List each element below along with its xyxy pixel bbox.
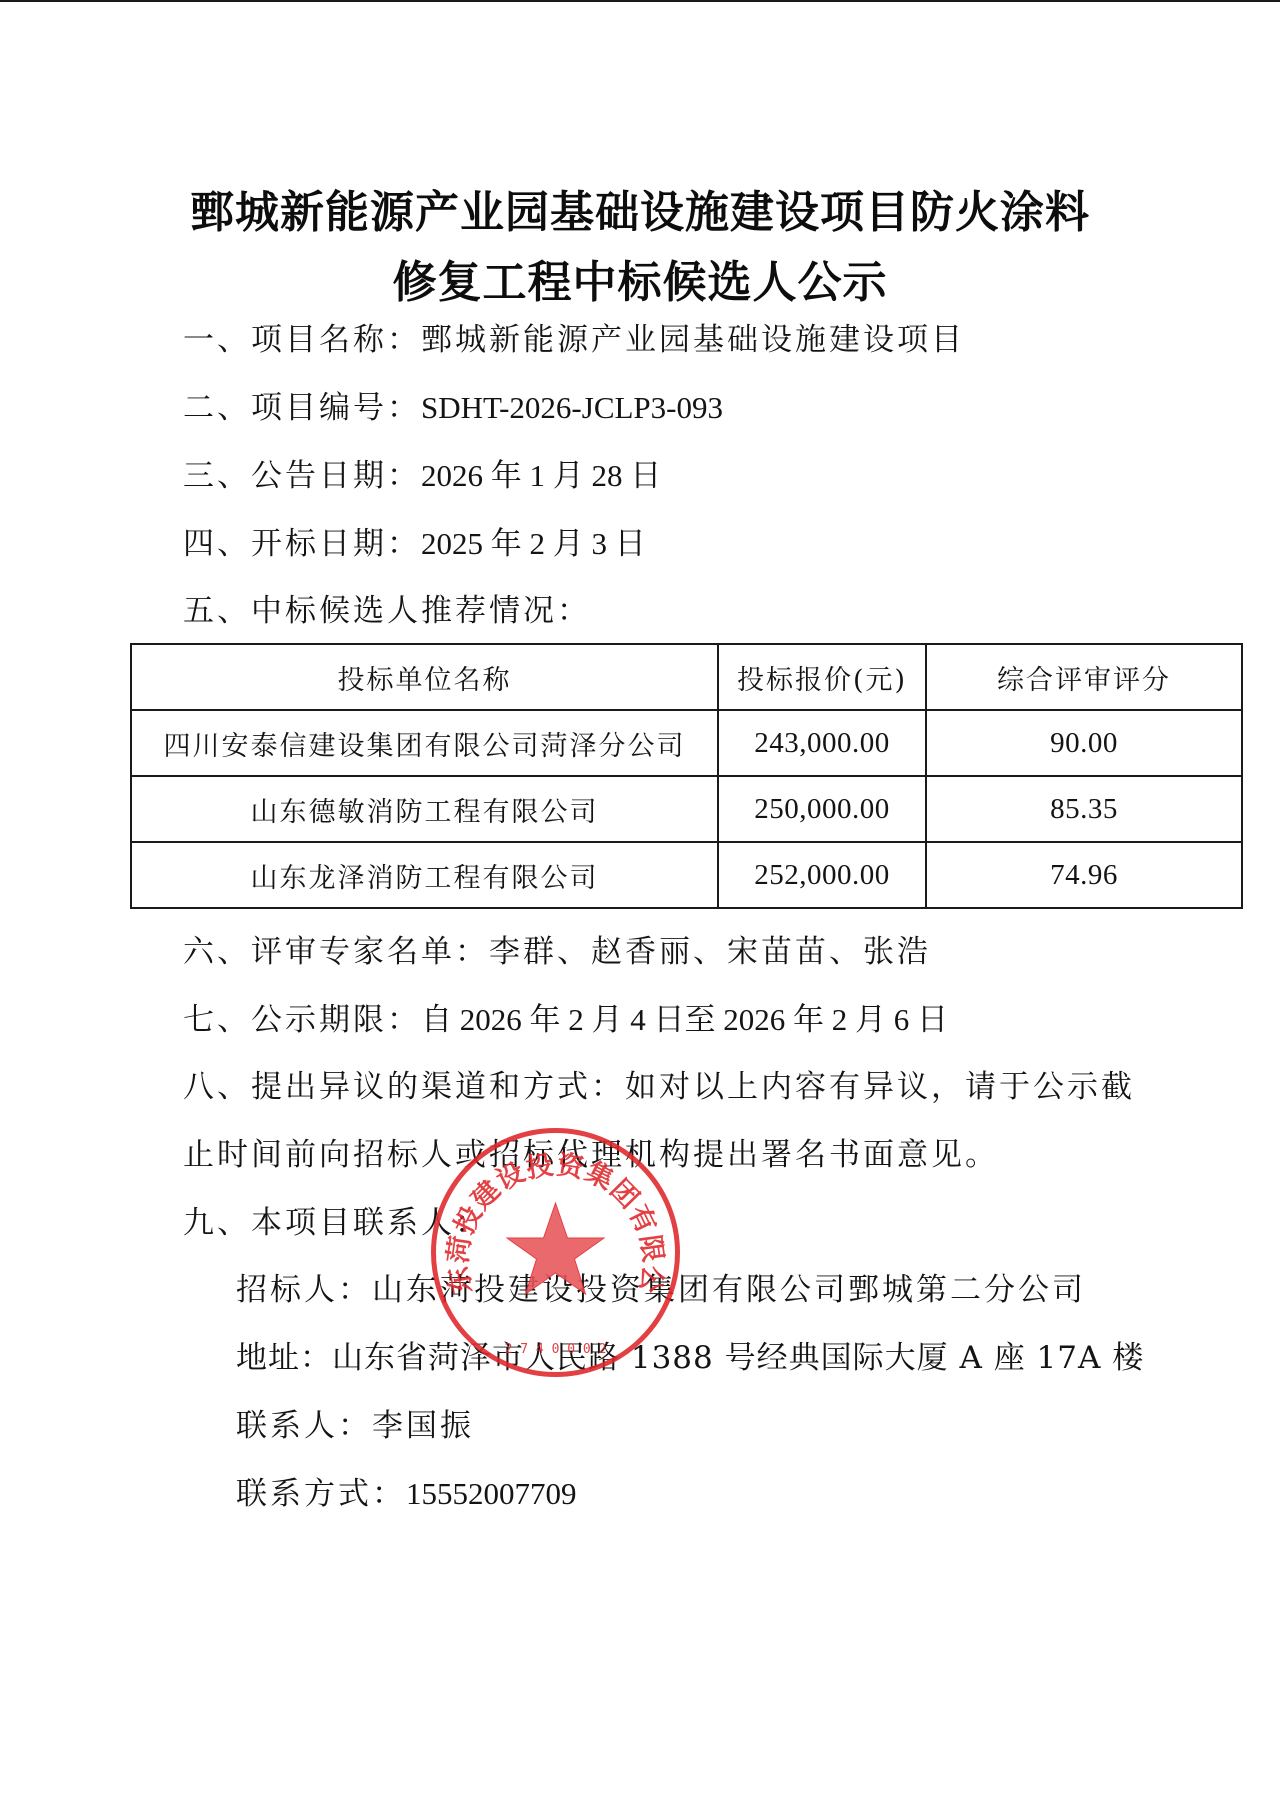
bid-price: 243,000.00 (718, 710, 926, 776)
phone-value: 15552007709 (406, 1476, 577, 1511)
tenderer-label: 招标人： (236, 1272, 372, 1308)
header-bidder-name: 投标单位名称 (131, 644, 718, 710)
open-date-value: 2025 年 2 月 3 日 (421, 526, 646, 561)
document-title-line-2: 修复工程中标候选人公示 (0, 246, 1280, 310)
header-score: 综合评审评分 (926, 644, 1242, 710)
project-code-label: 二、项目编号： (183, 390, 421, 426)
period-label: 七、公示期限： (183, 1002, 421, 1038)
header-bid-price: 投标报价(元) (718, 644, 926, 710)
objection-line-2: 止时间前向招标人或招标代理机构提出署名书面意见。 (183, 1135, 999, 1175)
project-code-value: SDHT-2026-JCLP3-093 (421, 390, 723, 425)
address-line: 地址：山东省菏泽市人民路 1388 号经典国际大厦 A 座 17A 楼 (236, 1338, 1144, 1378)
objection-value-1: 如对以上内容有异议，请于公示截 (625, 1069, 1135, 1105)
table-header-row: 投标单位名称 投标报价(元) 综合评审评分 (131, 644, 1242, 710)
page-top-edge (0, 0, 1280, 2)
tenderer-line: 招标人：山东菏投建设投资集团有限公司鄄城第二分公司 (236, 1270, 1086, 1310)
contact-heading: 九、本项目联系人： (183, 1203, 489, 1243)
candidates-table: 投标单位名称 投标报价(元) 综合评审评分 四川安泰信建设集团有限公司菏泽分公司… (130, 643, 1243, 909)
project-name-value: 鄄城新能源产业园基础设施建设项目 (421, 322, 965, 358)
period-value: 自 2026 年 2 月 4 日至 2026 年 2 月 6 日 (421, 1002, 948, 1037)
experts-value: 李群、赵香丽、宋苗苗、张浩 (489, 934, 931, 970)
project-code-line: 二、项目编号：SDHT-2026-JCLP3-093 (183, 388, 723, 428)
address-label: 地址： (236, 1340, 332, 1376)
announce-date-line: 三、公告日期：2026 年 1 月 28 日 (183, 456, 661, 496)
bidder-name: 山东龙泽消防工程有限公司 (131, 842, 718, 908)
bid-price: 252,000.00 (718, 842, 926, 908)
bidder-name: 山东德敏消防工程有限公司 (131, 776, 718, 842)
candidates-heading: 五、中标候选人推荐情况： (183, 591, 591, 631)
contact-person-value: 李国振 (372, 1408, 474, 1444)
objection-line-1: 八、提出异议的渠道和方式：如对以上内容有异议，请于公示截 (183, 1067, 1135, 1107)
contact-person-line: 联系人：李国振 (236, 1406, 474, 1446)
open-date-label: 四、开标日期： (183, 526, 421, 562)
phone-label: 联系方式： (236, 1476, 406, 1512)
score: 74.96 (926, 842, 1242, 908)
table-row: 山东德敏消防工程有限公司 250,000.00 85.35 (131, 776, 1242, 842)
period-line: 七、公示期限：自 2026 年 2 月 4 日至 2026 年 2 月 6 日 (183, 1000, 948, 1040)
experts-label: 六、评审专家名单： (183, 934, 489, 970)
address-value: 山东省菏泽市人民路 1388 号经典国际大厦 A 座 17A 楼 (332, 1340, 1144, 1376)
contact-person-label: 联系人： (236, 1408, 372, 1444)
announce-date-value: 2026 年 1 月 28 日 (421, 458, 661, 493)
phone-line: 联系方式：15552007709 (236, 1474, 577, 1514)
bidder-name: 四川安泰信建设集团有限公司菏泽分公司 (131, 710, 718, 776)
announce-date-label: 三、公告日期： (183, 458, 421, 494)
experts-line: 六、评审专家名单：李群、赵香丽、宋苗苗、张浩 (183, 932, 931, 972)
open-date-line: 四、开标日期：2025 年 2 月 3 日 (183, 524, 646, 564)
table-row: 四川安泰信建设集团有限公司菏泽分公司 243,000.00 90.00 (131, 710, 1242, 776)
objection-label: 八、提出异议的渠道和方式： (183, 1069, 625, 1105)
tenderer-value: 山东菏投建设投资集团有限公司鄄城第二分公司 (372, 1272, 1086, 1308)
project-name-line: 一、项目名称：鄄城新能源产业园基础设施建设项目 (183, 320, 965, 360)
table-row: 山东龙泽消防工程有限公司 252,000.00 74.96 (131, 842, 1242, 908)
score: 85.35 (926, 776, 1242, 842)
project-name-label: 一、项目名称： (183, 322, 421, 358)
bid-price: 250,000.00 (718, 776, 926, 842)
document-title-line-1: 鄄城新能源产业园基础设施建设项目防火涂料 (0, 176, 1280, 240)
score: 90.00 (926, 710, 1242, 776)
